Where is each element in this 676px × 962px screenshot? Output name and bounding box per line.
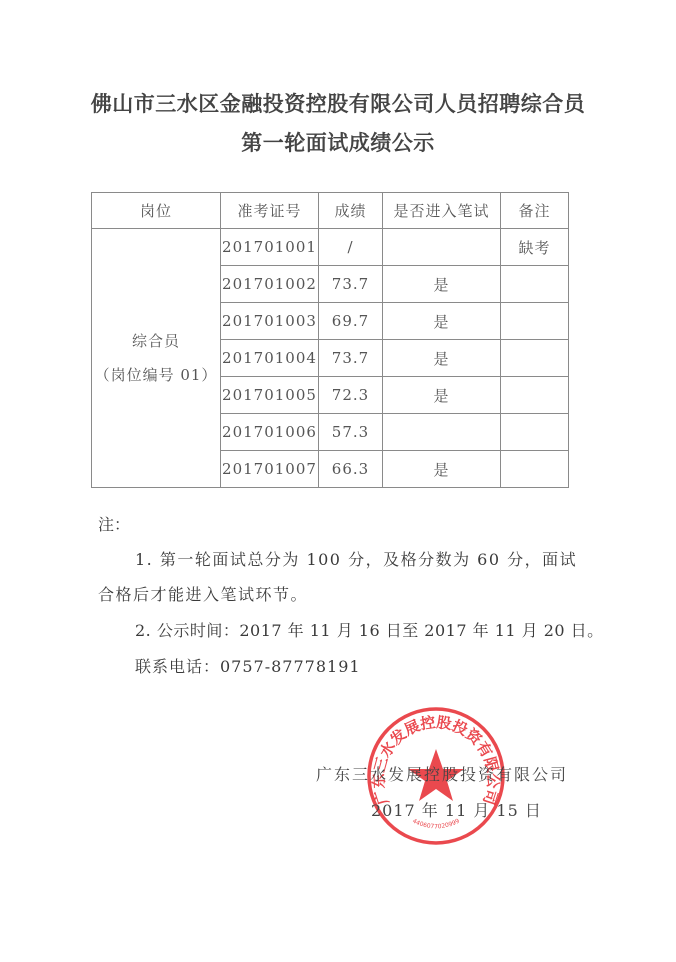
results-table: 岗位 准考证号 成绩 是否进入笔试 备注 综合员 （岗位编号 01） 20170… [91, 192, 569, 488]
note-item1-line2: 合格后才能进入笔试环节。 [98, 582, 308, 605]
written-test [383, 414, 501, 451]
document-title-line1: 佛山市三水区金融投资控股有限公司人员招聘综合员 [0, 88, 676, 118]
header-score: 成绩 [319, 193, 383, 229]
exam-id: 201701006 [221, 414, 319, 451]
table-row: 综合员 （岗位编号 01） 201701001 / 缺考 [92, 229, 569, 266]
exam-id: 201701005 [221, 377, 319, 414]
note-item2: 2. 公示时间：2017 年 11 月 16 日至 2017 年 11 月 20… [135, 618, 604, 641]
score: 72.3 [319, 377, 383, 414]
score: 73.7 [319, 340, 383, 377]
written-test: 是 [383, 377, 501, 414]
exam-id: 201701002 [221, 266, 319, 303]
remark [501, 340, 569, 377]
position-code: （岗位编号 01） [92, 358, 220, 392]
score: / [319, 229, 383, 266]
position-cell: 综合员 （岗位编号 01） [92, 229, 221, 488]
remark [501, 303, 569, 340]
score: 57.3 [319, 414, 383, 451]
score: 69.7 [319, 303, 383, 340]
exam-id: 201701004 [221, 340, 319, 377]
written-test: 是 [383, 266, 501, 303]
score: 66.3 [319, 451, 383, 488]
written-test: 是 [383, 451, 501, 488]
exam-id: 201701001 [221, 229, 319, 266]
header-position: 岗位 [92, 193, 221, 229]
header-exam-id: 准考证号 [221, 193, 319, 229]
notes-label: 注： [98, 512, 130, 535]
header-written-test: 是否进入笔试 [383, 193, 501, 229]
written-test: 是 [383, 340, 501, 377]
signature-date: 2017 年 11 月 15 日 [371, 798, 542, 821]
exam-id: 201701007 [221, 451, 319, 488]
document-title-line2: 第一轮面试成绩公示 [0, 127, 676, 157]
score: 73.7 [319, 266, 383, 303]
written-test [383, 229, 501, 266]
remark [501, 377, 569, 414]
position-name: 综合员 [92, 324, 220, 358]
remark [501, 451, 569, 488]
contact-phone: 联系电话：0757-87778191 [135, 654, 361, 677]
exam-id: 201701003 [221, 303, 319, 340]
remark [501, 414, 569, 451]
remark [501, 266, 569, 303]
written-test: 是 [383, 303, 501, 340]
note-item1-line1: 1. 第一轮面试总分为 100 分，及格分数为 60 分，面试 [135, 547, 577, 570]
remark: 缺考 [501, 229, 569, 266]
table-header-row: 岗位 准考证号 成绩 是否进入笔试 备注 [92, 193, 569, 229]
signature-company: 广东三水发展控股投资有限公司 [316, 762, 568, 785]
header-remark: 备注 [501, 193, 569, 229]
